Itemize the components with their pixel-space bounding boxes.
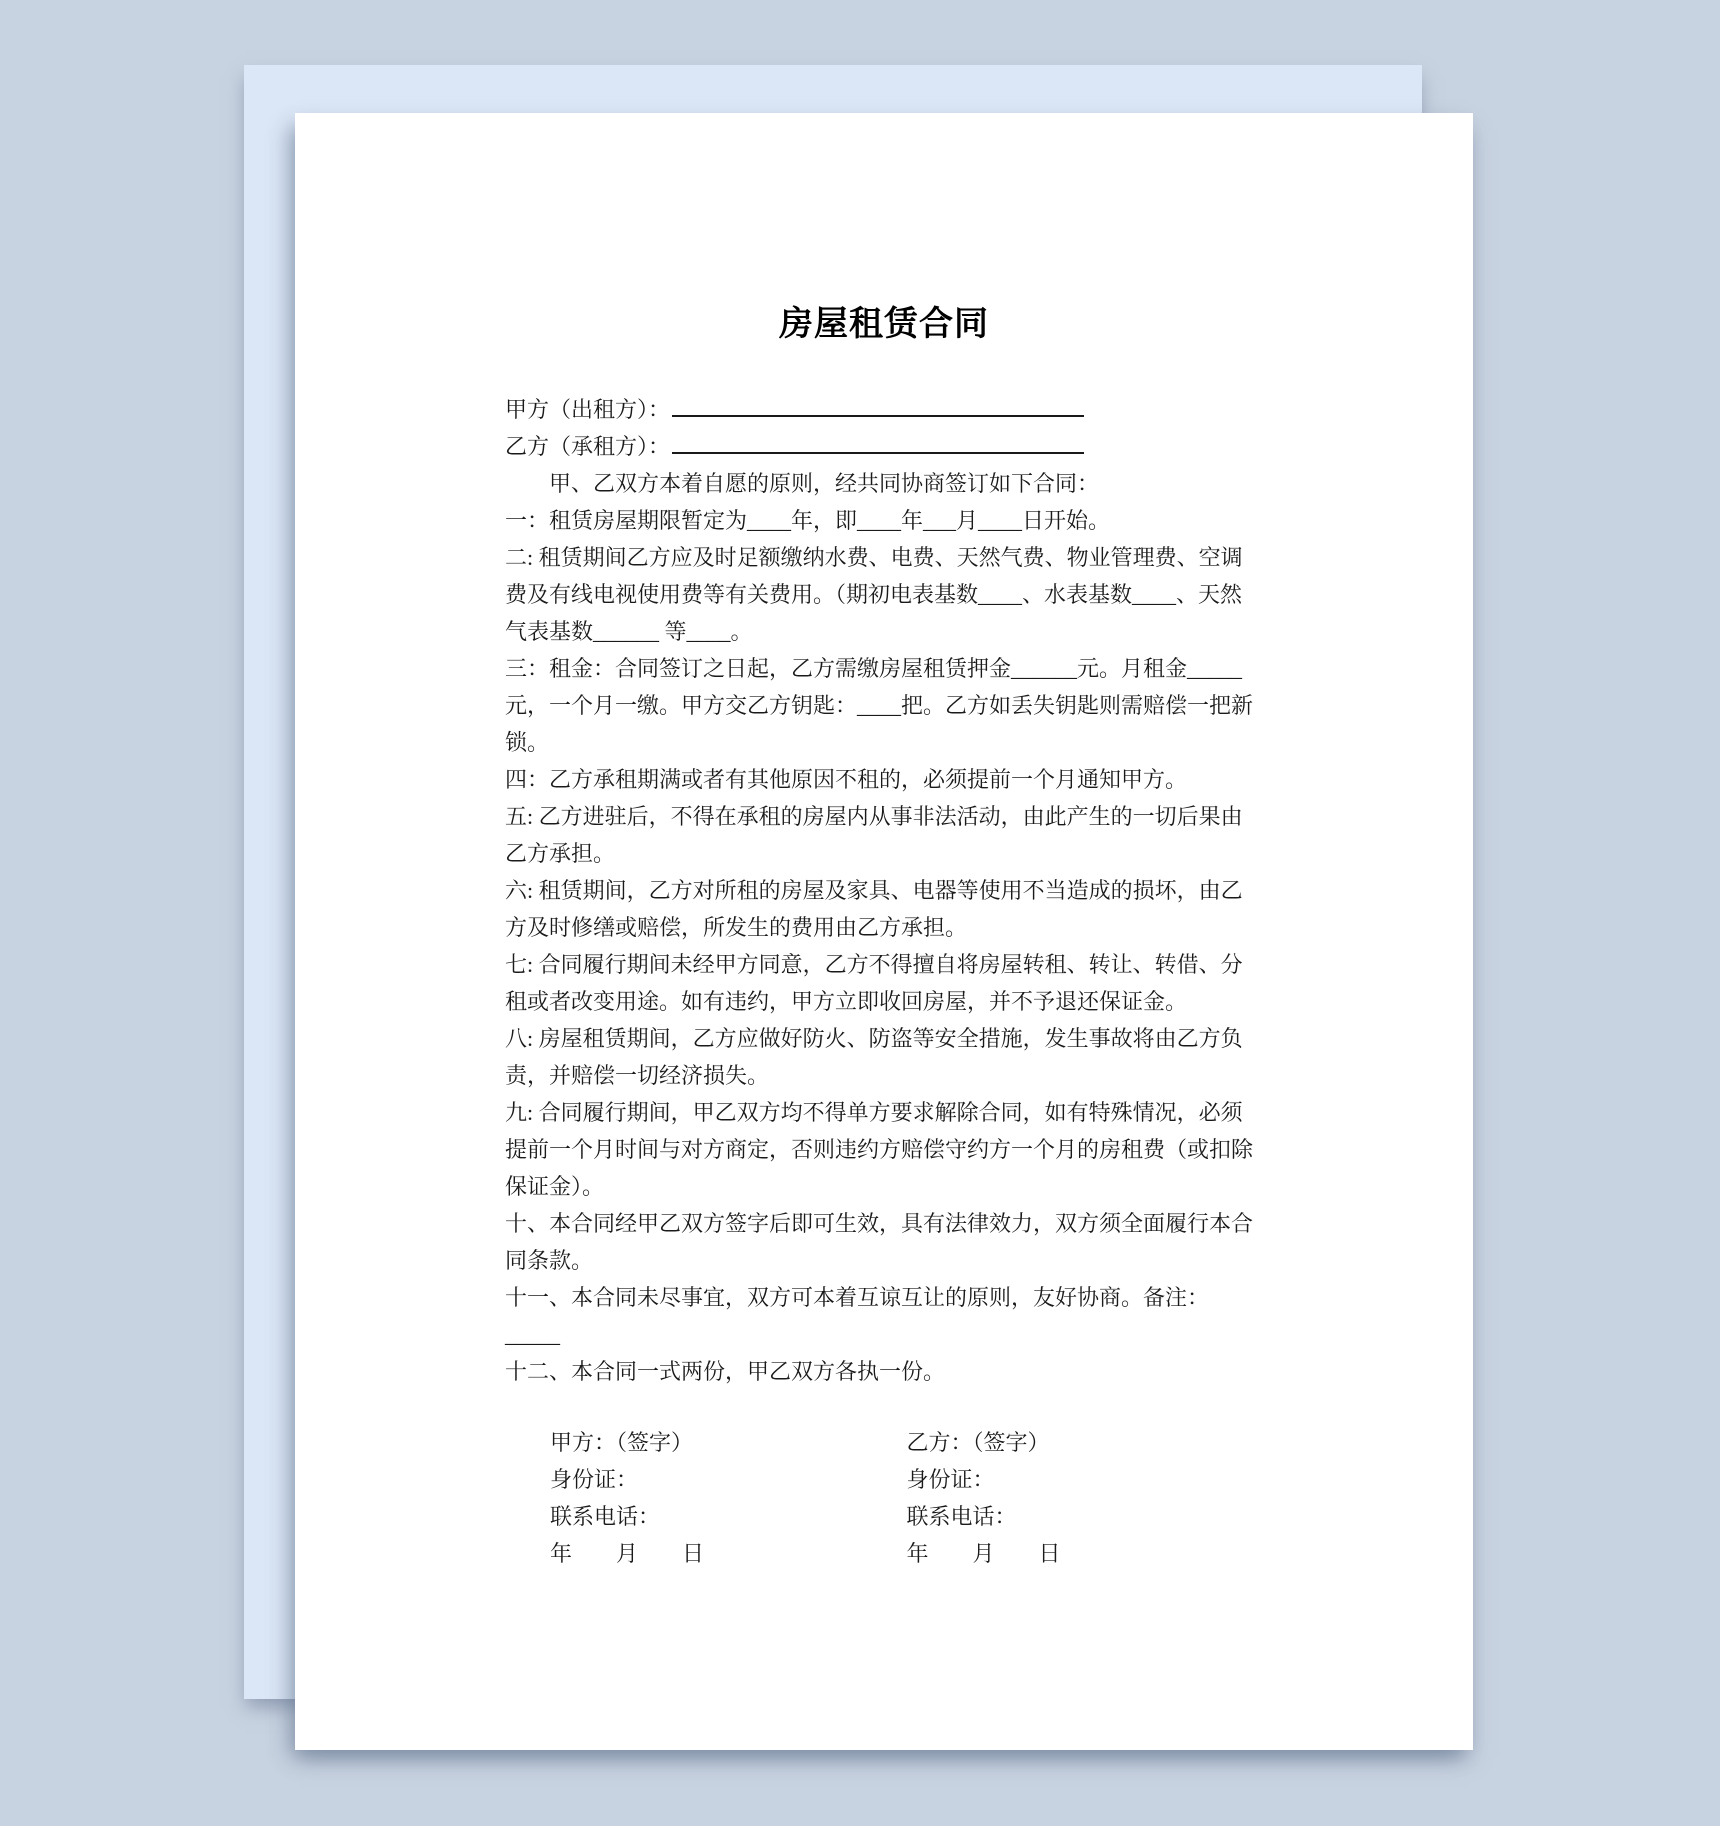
party-b-sign-label: 乙方：（签字） — [907, 1424, 1264, 1461]
contract-preamble: 甲、乙双方本着自愿的原则，经共同协商签订如下合同： — [505, 465, 1263, 502]
party-b-phone-label: 联系电话： — [907, 1498, 1264, 1535]
clause-12: 十二、本合同一式两份，甲乙双方各执一份。 — [505, 1353, 1263, 1390]
party-a-id-label: 身份证： — [550, 1461, 907, 1498]
clause-10: 十、本合同经甲乙双方签字后即可生效，具有法律效力，双方须全面履行本合同条款。 — [505, 1205, 1263, 1279]
clause-3: 三：租金：合同签订之日起，乙方需缴房屋租赁押金______元。月租金_____元… — [505, 650, 1263, 761]
document-title: 房屋租赁合同 — [295, 113, 1473, 345]
clause-7: 七: 合同履行期间未经甲方同意，乙方不得擅自将房屋转租、转让、转借、分租或者改变… — [505, 946, 1263, 1020]
clause-5: 五: 乙方进驻后，不得在承租的房屋内从事非法活动，由此产生的一切后果由乙方承担。 — [505, 798, 1263, 872]
party-b-signature-column: 乙方：（签字） 身份证： 联系电话： 年 月 日 — [907, 1424, 1264, 1572]
clause-4: 四：乙方承租期满或者有其他原因不租的，必须提前一个月通知甲方。 — [505, 761, 1263, 798]
party-b-blank-line — [672, 428, 1084, 454]
party-a-label: 甲方（出租方）： — [505, 391, 670, 428]
party-b-date-label: 年 月 日 — [907, 1535, 1264, 1572]
party-b-label: 乙方（承租方）： — [505, 428, 670, 465]
party-a-phone-label: 联系电话： — [550, 1498, 907, 1535]
clause-9: 九: 合同履行期间，甲乙双方均不得单方要求解除合同，如有特殊情况，必须提前一个月… — [505, 1094, 1263, 1205]
clause-11: 十一、本合同未尽事宜，双方可本着互谅互让的原则，友好协商。备注：_____ — [505, 1279, 1263, 1353]
clause-1: 一：租赁房屋期限暂定为____年，即____年___月____日开始。 — [505, 502, 1263, 539]
clause-2: 二: 租赁期间乙方应及时足额缴纳水费、电费、天然气费、物业管理费、空调费及有线电… — [505, 539, 1263, 650]
clause-6: 六: 租赁期间，乙方对所租的房屋及家具、电器等使用不当造成的损坏，由乙方及时修缮… — [505, 872, 1263, 946]
party-b-row: 乙方（承租方）： — [505, 428, 1263, 465]
party-a-sign-label: 甲方：（签字） — [550, 1424, 907, 1461]
party-a-blank-line — [672, 391, 1084, 417]
contract-page: 房屋租赁合同 甲方（出租方）： 乙方（承租方）： 甲、乙双方本着自愿的原则，经共… — [295, 113, 1473, 1750]
contract-body: 甲方（出租方）： 乙方（承租方）： 甲、乙双方本着自愿的原则，经共同协商签订如下… — [505, 391, 1263, 1572]
desktop-background: 房屋租赁合同 甲方（出租方）： 乙方（承租方）： 甲、乙双方本着自愿的原则，经共… — [0, 0, 1720, 1826]
clause-8: 八: 房屋租赁期间，乙方应做好防火、防盗等安全措施，发生事故将由乙方负责，并赔偿… — [505, 1020, 1263, 1094]
signature-block: 甲方：（签字） 身份证： 联系电话： 年 月 日 乙方：（签字） 身份证： 联系… — [505, 1424, 1263, 1572]
party-b-id-label: 身份证： — [907, 1461, 1264, 1498]
party-a-signature-column: 甲方：（签字） 身份证： 联系电话： 年 月 日 — [550, 1424, 907, 1572]
party-a-date-label: 年 月 日 — [550, 1535, 907, 1572]
party-a-row: 甲方（出租方）： — [505, 391, 1263, 428]
